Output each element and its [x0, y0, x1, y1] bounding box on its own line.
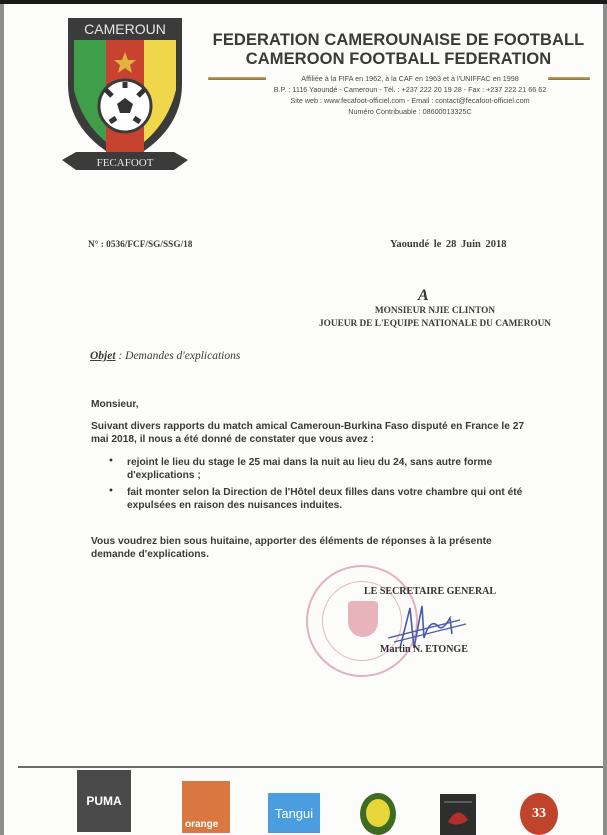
bullet-icon: •	[108, 456, 114, 467]
federation-title-fr: FEDERATION CAMEROUNAISE DE FOOTBALL	[206, 31, 591, 50]
taxpayer-number: Numéro Contribuable : 08600013325C	[240, 107, 580, 116]
bullet-icon: •	[108, 486, 114, 497]
bullet1-line1: rejoint le lieu du stage le 25 mai dans …	[127, 456, 597, 469]
sponsor-tangui-logo: Tangui	[268, 793, 320, 833]
bullet1-line2: d'explications ;	[127, 469, 597, 482]
subject-text: : Demandes d'explications	[116, 350, 241, 362]
reference-number: N° : 0536/FCF/SG/SSG/18	[88, 240, 192, 250]
footer-rule	[18, 766, 603, 768]
sponsor-lion-logo	[360, 793, 396, 835]
subject-line: Objet : Demandes d'explications	[90, 350, 240, 362]
fecafoot-crest-logo: CAMEROUN FECAFOOT	[62, 14, 188, 176]
recipient-name: MONSIEUR NJIE CLINTON	[310, 306, 560, 316]
signatory-title: LE SECRETAIRE GENERAL	[364, 586, 496, 597]
recipient-title: JOUEUR DE L'EQUIPE NATIONALE DU CAMEROUN	[310, 319, 560, 329]
affiliation-line: Affiliée à la FIFA en 1962, à la CAF en …	[240, 74, 580, 83]
crest-ribbon-text: FECAFOOT	[97, 157, 154, 169]
place-date: Yaoundé le 28 Juin 2018	[390, 239, 507, 250]
paragraph1-line2: mai 2018, il nous a été donné de constat…	[91, 433, 561, 446]
paragraph1-line1: Suivant divers rapports du match amical …	[91, 420, 561, 433]
sponsor-puma-logo: PUMA	[77, 770, 131, 832]
subject-label: Objet	[90, 350, 116, 362]
crest-top-text: CAMEROUN	[84, 21, 166, 37]
signatory-name: Martin N. ETONGE	[380, 644, 468, 655]
salutation: Monsieur,	[91, 398, 561, 411]
stamp-shield-icon	[348, 601, 378, 637]
federation-title-en: CAMEROON FOOTBALL FEDERATION	[206, 50, 591, 69]
bullet2-line2: expulsées en raison des nuisances induit…	[127, 499, 597, 512]
sponsor-orange-logo: orange	[182, 781, 230, 833]
bullet2-line1: fait monter selon la Direction de l'Hôte…	[127, 486, 597, 499]
red-emblem-icon	[440, 794, 476, 835]
sponsor-partner5-logo	[440, 794, 476, 835]
web-email-line: Site web : www.fecafoot-officiel.com - E…	[240, 96, 580, 105]
lion-face-icon	[366, 799, 390, 827]
closing-line2: demande d'explications.	[91, 548, 561, 561]
closing-line1: Vous voudrez bien sous huitaine, apporte…	[91, 535, 561, 548]
address-line: B.P. : 1116 Yaoundé - Cameroun - Tél. : …	[240, 85, 580, 94]
sponsor-33-export-logo: 33	[520, 793, 558, 835]
to-marker: A	[418, 287, 429, 305]
